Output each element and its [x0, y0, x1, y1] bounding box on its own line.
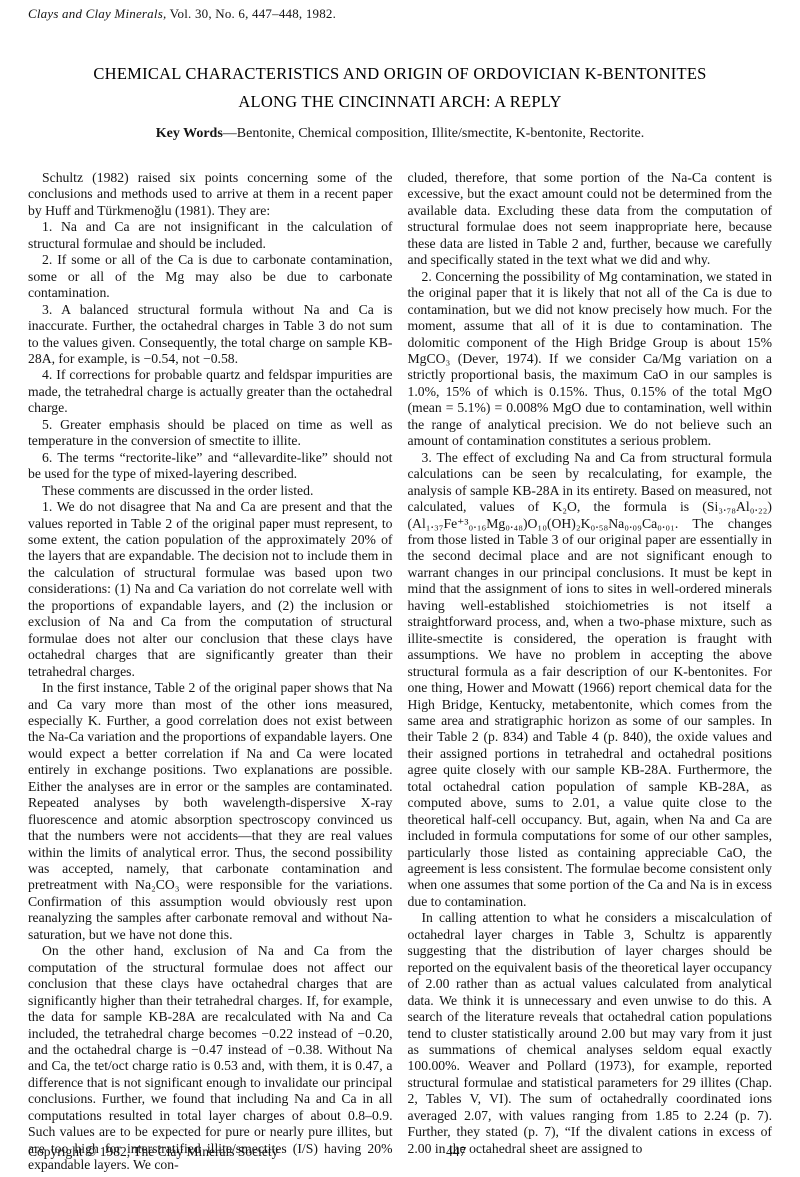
numbered-point-1: 1. Na and Ca are not insignificant in th…	[28, 219, 393, 252]
numbered-point-3: 3. A balanced structural formula without…	[28, 302, 393, 368]
reply-point-1: 1. We do not disagree that Na and Ca are…	[28, 499, 393, 680]
reply-point-2: 2. Concerning the possibility of Mg cont…	[408, 269, 773, 450]
numbered-point-4: 4. If corrections for probable quartz an…	[28, 367, 393, 416]
paper-page: Clays and Clay Minerals, Vol. 30, No. 6,…	[0, 0, 800, 1177]
reply-point-3: 3. The effect of excluding Na and Ca fro…	[408, 450, 773, 911]
paragraph: In the first instance, Table 2 of the or…	[28, 680, 393, 943]
numbered-point-5: 5. Greater emphasis should be placed on …	[28, 417, 393, 450]
journal-citation: Clays and Clay Minerals, Vol. 30, No. 6,…	[28, 6, 336, 22]
article-title: CHEMICAL CHARACTERISTICS AND ORIGIN OF O…	[0, 60, 800, 116]
keywords-label: Key Words	[156, 126, 223, 141]
paragraph: On the other hand, exclusion of Na and C…	[28, 943, 393, 1173]
keywords-line: Key Words—Bentonite, Chemical compositio…	[0, 126, 800, 142]
page-number: 447	[446, 1144, 466, 1160]
journal-volume-ref: Vol. 30, No. 6, 447–448, 1982.	[166, 6, 336, 21]
article-title-line2: ALONG THE CINCINNATI ARCH: A REPLY	[0, 88, 800, 116]
numbered-point-6: 6. The terms “rectorite-like” and “allev…	[28, 450, 393, 483]
numbered-point-2: 2. If some or all of the Ca is due to ca…	[28, 252, 393, 301]
article-title-line1: CHEMICAL CHARACTERISTICS AND ORIGIN OF O…	[0, 60, 800, 88]
page-footer: Copyright © 1982, The Clay Minerals Soci…	[28, 1144, 772, 1160]
body-columns: Schultz (1982) raised six points concern…	[28, 170, 772, 1174]
paragraph: In calling attention to what he consider…	[408, 910, 773, 1157]
right-column: cluded, therefore, that some portion of …	[408, 170, 773, 1174]
journal-name: Clays and Clay Minerals,	[28, 6, 166, 21]
left-column: Schultz (1982) raised six points concern…	[28, 170, 393, 1174]
copyright-notice: Copyright © 1982, The Clay Minerals Soci…	[28, 1144, 278, 1159]
paragraph: Schultz (1982) raised six points concern…	[28, 170, 393, 219]
keywords-text: —Bentonite, Chemical composition, Illite…	[223, 126, 644, 141]
paragraph-continuation: cluded, therefore, that some portion of …	[408, 170, 773, 269]
paragraph: These comments are discussed in the orde…	[28, 483, 393, 499]
